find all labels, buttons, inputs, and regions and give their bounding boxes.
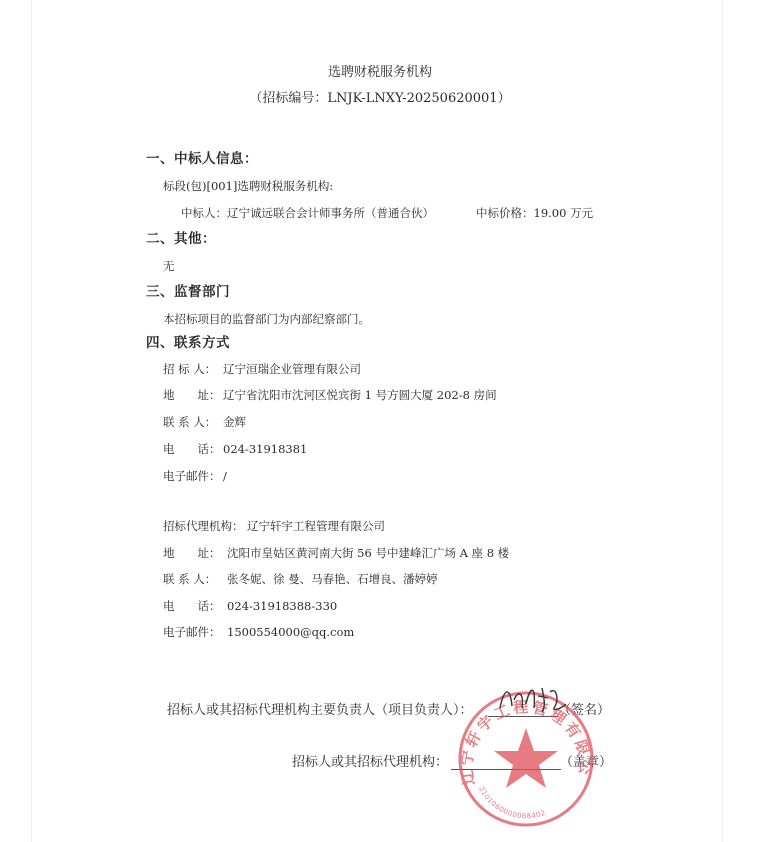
section-heading-contact: 四、联系方式: [146, 336, 230, 350]
signatory-label: 招标人或其招标代理机构主要负责人（项目负责人）：: [167, 704, 473, 718]
tenderer-contact-label: 联 系 人：: [163, 415, 216, 429]
lot-line: 标段(包)[001]选聘财税服务机构:: [163, 179, 333, 193]
tenderer-contact: 金辉: [223, 415, 246, 429]
page-edge: [722, 0, 723, 842]
tenderer-phone-label: 电 话：: [163, 442, 221, 456]
other-text: 无: [163, 259, 175, 273]
agency-name-label: 招标代理机构：: [163, 519, 244, 533]
agency-phone: 024-31918388-330: [227, 599, 337, 613]
section-heading-supervision: 三、监督部门: [146, 285, 230, 299]
tenderer-email: /: [223, 469, 227, 483]
handwritten-signature-icon: [492, 678, 572, 718]
agency-phone-label: 电 话：: [163, 599, 221, 613]
agency-contact: 张冬妮、徐 曼、马春艳、石增良、潘婷婷: [227, 572, 438, 586]
agency-email: 1500554000@qq.com: [227, 625, 354, 639]
tenderer-address-label: 地 址：: [163, 388, 221, 402]
tender-number: （招标编号：LNJK-LNXY-20250620001）: [0, 92, 760, 106]
section-heading-other: 二、其他：: [146, 232, 216, 246]
agency-address: 沈阳市皇姑区黄河南大街 56 号中建峰汇广场 A 座 8 楼: [227, 546, 509, 560]
document-title: 选聘财税服务机构: [0, 66, 760, 80]
svg-text:2101060000068402: 2101060000068402: [477, 785, 547, 820]
tenderer-phone: 024-31918381: [223, 442, 307, 456]
agency-address-label: 地 址：: [163, 546, 221, 560]
winning-bidder: 中标人：辽宁诚远联合会计师事务所（普通合伙）: [181, 206, 434, 220]
agency-name: 辽宁轩宇工程管理有限公司: [247, 519, 385, 533]
agency-email-label: 电子邮件：: [163, 625, 221, 639]
tenderer-email-label: 电子邮件：: [163, 469, 221, 483]
seal-label: 招标人或其招标代理机构：: [292, 756, 448, 770]
tenderer-address: 辽宁省沈阳市沈河区悦宾街 1 号方圆大厦 202-8 房间: [223, 388, 497, 402]
agency-contact-label: 联 系 人：: [163, 572, 216, 586]
tenderer-name-label: 招 标 人：: [163, 362, 216, 376]
supervision-text: 本招标项目的监督部门为内部纪察部门。: [163, 312, 370, 326]
page-edge: [31, 0, 32, 842]
document-page: 选聘财税服务机构 （招标编号：LNJK-LNXY-20250620001） 一、…: [0, 0, 760, 842]
tenderer-name: 辽宁洹瑞企业管理有限公司: [223, 362, 361, 376]
winning-price: 中标价格：19.00 万元: [476, 206, 593, 220]
section-heading-winner: 一、中标人信息：: [146, 152, 258, 166]
